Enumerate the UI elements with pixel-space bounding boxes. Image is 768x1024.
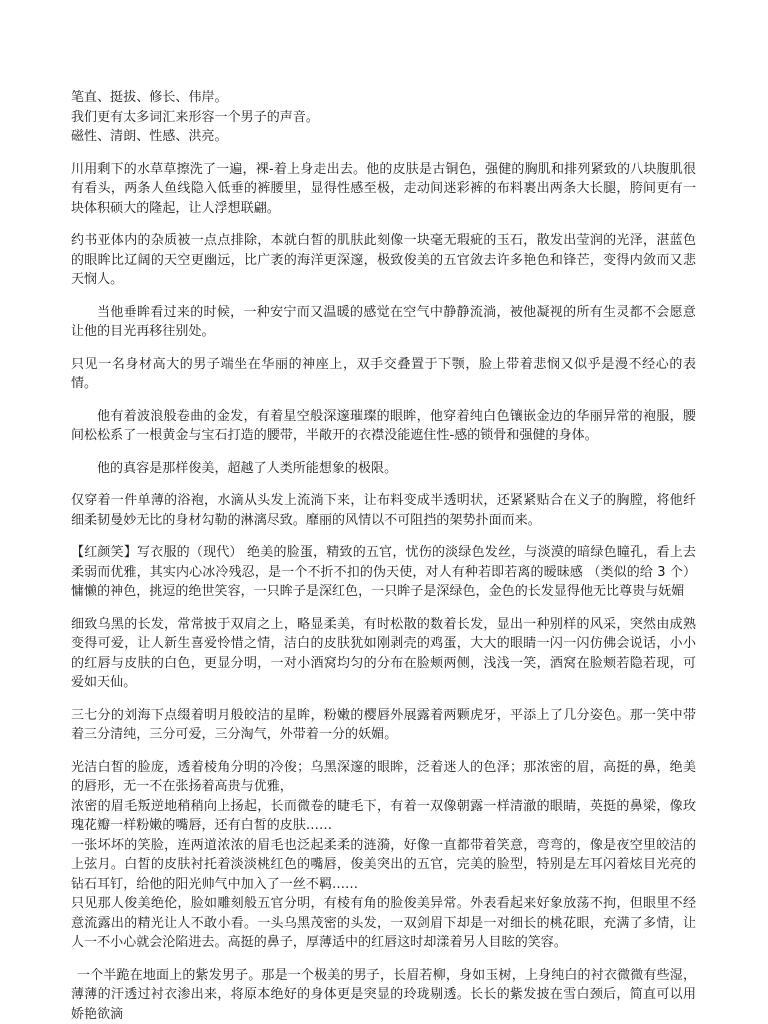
paragraph-text: 细致乌黑的长发，常常披于双肩之上，略显柔美，有时松散的数着长发，显出一种别样的风…: [71, 615, 696, 693]
paragraph-multi-block: 光洁白皙的脸庞，透着棱角分明的冷俊；乌黑深邃的眼眸，泛着迷人的色泽；那浓密的眉，…: [71, 758, 696, 953]
paragraph-text: 他有着波浪般卷曲的金发，有着星空般深邃璀璨的眼眸，他穿着纯白色镶嵌金边的华丽异常…: [71, 407, 696, 446]
paragraph-text: 当他垂眸看过来的时候，一种安宁而又温暖的感觉在空气中静静流淌，被他凝视的所有生灵…: [71, 303, 696, 342]
paragraph-text: 一个半跪在地面上的紫发男子。那是一个极美的男子，长眉若柳，身如玉树，上身纯白的衬…: [71, 966, 696, 1024]
text-block: 光洁白皙的脸庞，透着棱角分明的冷俊；乌黑深邃的眼眸，泛着迷人的色泽；那浓密的眉，…: [71, 758, 696, 797]
paragraph-adjectives: 笔直、挺拔、修长、伟岸。 我们更有太多词汇来形容一个男子的声音。 磁性、清朗、性…: [71, 88, 696, 147]
paragraph-text: 【红颜笑】写衣服的（现代） 绝美的脸蛋，精致的五官，忧伤的淡绿色发丝，与淡漠的暗…: [71, 543, 696, 602]
text-line: 磁性、清朗、性感、洪亮。: [71, 127, 696, 147]
paragraph-text: 他的真容是那样俊美，超越了人类所能想象的极限。: [71, 459, 696, 479]
paragraph-text: 川用剩下的水草草擦洗了一遍，裸-着上身走出去。他的皮肤是古铜色，强健的胸肌和排列…: [71, 160, 696, 219]
text-line: 笔直、挺拔、修长、伟岸。: [71, 88, 696, 108]
text-block: 浓密的眉毛叛逆地稍稍向上扬起，长而微卷的睫毛下，有着一双像朝露一样清澈的眼睛，英…: [71, 797, 696, 836]
paragraph-text: 仅穿着一件单薄的浴袍，水滴从头发上流淌下来，让布料变成半透明状，还紧紧贴合在义子…: [71, 491, 696, 530]
text-block: 只见那人俊美绝伦，脸如雕刻般五官分明，有棱有角的脸俊美异常。外表看起来好象放荡不…: [71, 894, 696, 953]
text-line: 我们更有太多词汇来形容一个男子的声音。: [71, 108, 696, 128]
paragraph-text: 三七分的刘海下点缀着明月般皎洁的星眸，粉嫩的樱唇外展露着两颗虎牙，平添上了几分姿…: [71, 706, 696, 745]
paragraph-text: 约书亚体内的杂质被一点点排除，本就白皙的肌肤此刻像一块毫无瑕疵的玉石，散发出莹润…: [71, 231, 696, 290]
text-block: 一张坏坏的笑脸，连两道浓浓的眉毛也泛起柔柔的涟漪，好像一直都带着笑意，弯弯的，像…: [71, 836, 696, 895]
document-page: 笔直、挺拔、修长、伟岸。 我们更有太多词汇来形容一个男子的声音。 磁性、清朗、性…: [71, 88, 696, 1024]
paragraph-text: 只见一名身材高大的男子端坐在华丽的神座上，双手交叠置于下颚，脸上带着悲悯又似乎是…: [71, 355, 696, 394]
